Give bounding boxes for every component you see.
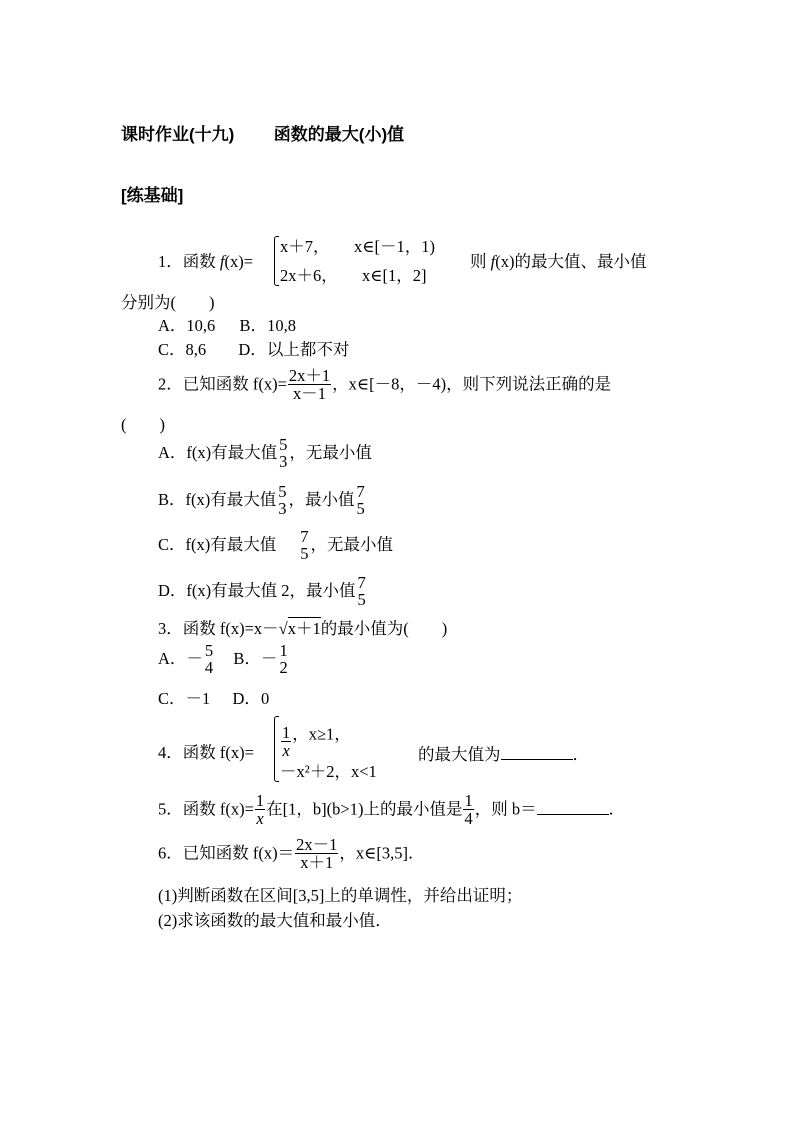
option-d[interactable]: D．0 bbox=[233, 689, 270, 708]
q3-stem: 3．函数 f(x)=x－√x＋1的最小值为( ) bbox=[158, 621, 447, 638]
q1-case1-cond: x∈[－1，1) bbox=[354, 239, 435, 256]
piecewise-brace bbox=[274, 236, 279, 286]
q1-tail: 则 f(x)的最大值、最小值 bbox=[470, 254, 646, 271]
fraction: 53 bbox=[277, 483, 287, 518]
fraction: 2x＋1x－1 bbox=[288, 367, 331, 403]
lesson-title: 课时作业(十九) bbox=[121, 125, 234, 144]
option-c[interactable]: C．－1 bbox=[158, 689, 210, 708]
option-b[interactable]: B．f(x)有最大值53，最小值75 bbox=[158, 484, 367, 519]
lesson-subtitle: 函数的最大(小)值 bbox=[274, 125, 404, 144]
option-a[interactable]: A．f(x)有最大值53，无最小值 bbox=[158, 437, 372, 472]
fraction: 75 bbox=[357, 574, 367, 609]
q4-stem: 4．函数 f(x)= bbox=[158, 745, 254, 762]
q1-stem: 1．函数 f(x)= bbox=[158, 254, 253, 271]
option-c[interactable]: C．8,6 bbox=[158, 340, 206, 359]
q5-stem: 5．函数 f(x)=1x在[1，b](b>1)上的最小值是14，则 b＝． bbox=[158, 793, 625, 829]
piecewise-brace bbox=[274, 716, 279, 782]
option-a[interactable]: A．－54 bbox=[158, 649, 215, 668]
q4-case1: 1x，x≥1， bbox=[280, 718, 351, 754]
answer-blank[interactable] bbox=[537, 800, 609, 815]
fraction: 75 bbox=[356, 483, 366, 518]
q1-options-row1: A．10,6 B．10,8 bbox=[158, 318, 296, 335]
option-a[interactable]: A．10,6 bbox=[158, 316, 215, 335]
sqrt-radicand: x＋1 bbox=[288, 617, 321, 638]
q1-answer-blank: 分别为( ) bbox=[121, 295, 215, 312]
fraction: 75 bbox=[299, 528, 309, 563]
sqrt-sign: √ bbox=[279, 619, 288, 638]
option-b[interactable]: B．－12 bbox=[233, 649, 289, 668]
fraction: 53 bbox=[278, 436, 288, 471]
option-d[interactable]: D．f(x)有最大值 2，最小值75 bbox=[158, 575, 368, 610]
option-d[interactable]: D．以上都不对 bbox=[238, 340, 349, 359]
q6-part-1: (1)判断函数在区间[3,5]上的单调性，并给出证明； bbox=[158, 888, 522, 905]
q4-tail: 的最大值为． bbox=[418, 745, 589, 764]
q1-case2-expr: 2x＋6， bbox=[280, 268, 338, 285]
answer-blank[interactable] bbox=[501, 745, 573, 760]
section-heading: [练基础] bbox=[121, 187, 183, 204]
q3-options-row2: C．－1 D．0 bbox=[158, 691, 269, 708]
q1-case1-expr: x＋7， bbox=[280, 239, 330, 256]
q3-options-row1: A．－54 B．－12 bbox=[158, 643, 290, 678]
q2-stem: 2．已知函数 f(x)=2x＋1x－1，x∈[－8，－4)，则下列说法正确的是 bbox=[158, 368, 611, 404]
q4-case2: －x²＋2，x<1 bbox=[280, 764, 377, 781]
q6-stem: 6．已知函数 f(x)＝2x－1x＋1，x∈[3,5]． bbox=[158, 837, 424, 873]
q6-part-2: (2)求该函数的最大值和最小值． bbox=[158, 913, 392, 930]
option-b[interactable]: B．10,8 bbox=[240, 316, 296, 335]
page-title: 课时作业(十九) 函数的最大(小)值 bbox=[121, 126, 404, 143]
option-c[interactable]: C．f(x)有最大值75，无最小值 bbox=[158, 529, 393, 564]
q1-case2-cond: x∈[1，2] bbox=[362, 268, 426, 285]
q2-answer-blank: ( ) bbox=[121, 417, 165, 434]
q1-options-row2: C．8,6 D．以上都不对 bbox=[158, 342, 349, 359]
